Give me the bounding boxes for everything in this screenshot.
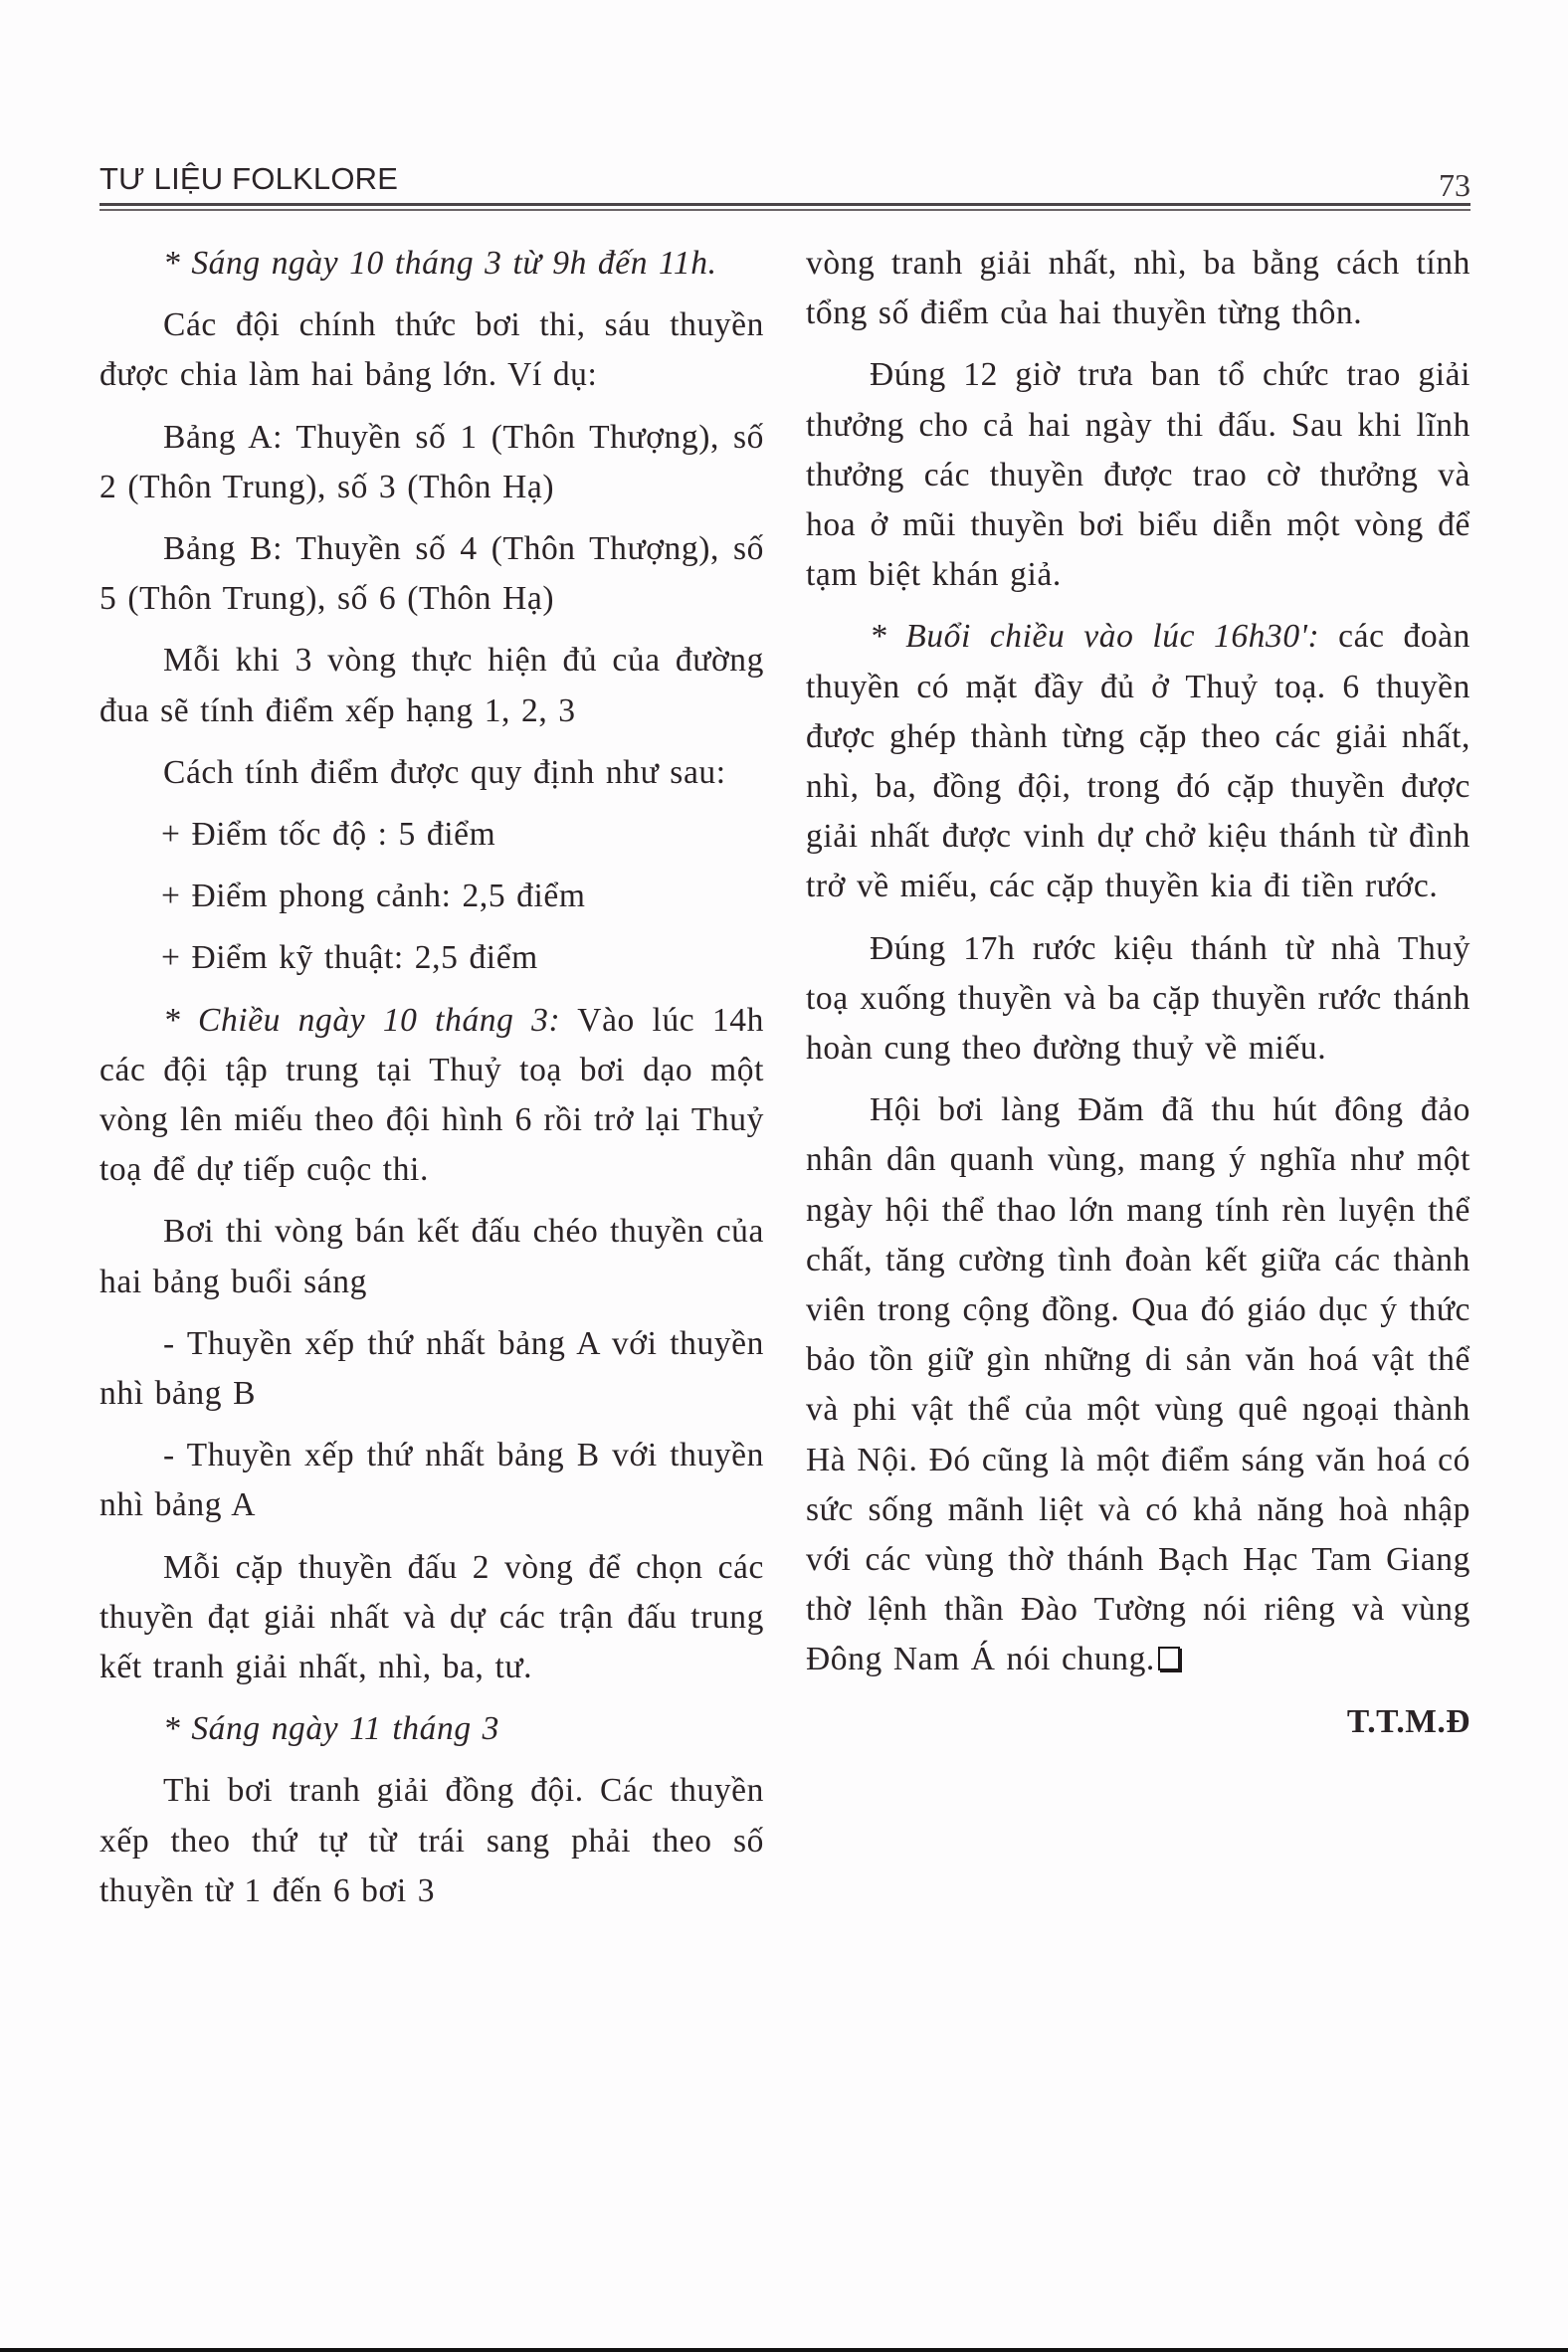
- paragraph: Cách tính điểm được quy định như sau:: [99, 748, 764, 798]
- scoring-item-scenery: + Điểm phong cảnh: 2,5 điểm: [99, 872, 764, 921]
- paragraph: Các đội chính thức bơi thi, sáu thuyền đ…: [99, 300, 764, 400]
- paragraph-afternoon-1630: * Buổi chiều vào lúc 16h30': các đoàn th…: [806, 612, 1470, 911]
- pairing-item-a: - Thuyền xếp thứ nhất bảng A với thuyền …: [99, 1319, 764, 1419]
- scoring-item-technique: + Điểm kỹ thuật: 2,5 điểm: [99, 933, 764, 983]
- end-of-article-icon: [1158, 1647, 1180, 1670]
- author-signature: T.T.M.Đ: [806, 1697, 1470, 1747]
- right-column: vòng tranh giải nhất, nhì, ba bằng cách …: [806, 239, 1470, 1747]
- pairing-item-b: - Thuyền xếp thứ nhất bảng B với thuyền …: [99, 1431, 764, 1530]
- paragraph-group-a: Bảng A: Thuyền số 1 (Thôn Thượng), số 2 …: [99, 413, 764, 512]
- scan-bottom-edge: [0, 2348, 1568, 2352]
- running-head: TƯ LIỆU FOLKLORE: [99, 161, 398, 197]
- page-number: 73: [1439, 167, 1470, 204]
- section-heading-afternoon-10: * Chiều ngày 10 tháng 3:: [163, 1002, 560, 1039]
- paragraph: Bơi thi vòng bán kết đấu chéo thuyền của…: [99, 1207, 764, 1306]
- paragraph: Mỗi cặp thuyền đấu 2 vòng để chọn các th…: [99, 1543, 764, 1693]
- paragraph: Mỗi khi 3 vòng thực hiện đủ của đường đu…: [99, 636, 764, 735]
- paragraph-continued: vòng tranh giải nhất, nhì, ba bằng cách …: [806, 239, 1470, 338]
- header-rule-bottom: [99, 209, 1470, 211]
- paragraph-group-b: Bảng B: Thuyền số 4 (Thôn Thượng), số 5 …: [99, 524, 764, 624]
- left-column: * Sáng ngày 10 tháng 3 từ 9h đến 11h. Cá…: [99, 239, 764, 1928]
- paragraph-afternoon-10: * Chiều ngày 10 tháng 3: Vào lúc 14h các…: [99, 996, 764, 1196]
- section-heading-afternoon-1630: * Buổi chiều vào lúc 16h30':: [870, 618, 1319, 655]
- header-rule-top: [99, 203, 1470, 206]
- paragraph: Đúng 17h rước kiệu thánh từ nhà Thuỷ toạ…: [806, 924, 1470, 1075]
- page-header: TƯ LIỆU FOLKLORE 73: [99, 157, 1470, 197]
- section-heading-morning-11: * Sáng ngày 11 tháng 3: [99, 1704, 764, 1754]
- paragraph: Đúng 12 giờ trưa ban tổ chức trao giải t…: [806, 350, 1470, 600]
- scoring-item-speed: + Điểm tốc độ : 5 điểm: [99, 810, 764, 860]
- paragraph-conclusion: Hội bơi làng Đăm đã thu hút đông đảo nhâ…: [806, 1085, 1470, 1684]
- section-heading-morning-10: * Sáng ngày 10 tháng 3 từ 9h đến 11h.: [99, 239, 764, 289]
- paragraph: Thi bơi tranh giải đồng đội. Các thuyền …: [99, 1766, 764, 1916]
